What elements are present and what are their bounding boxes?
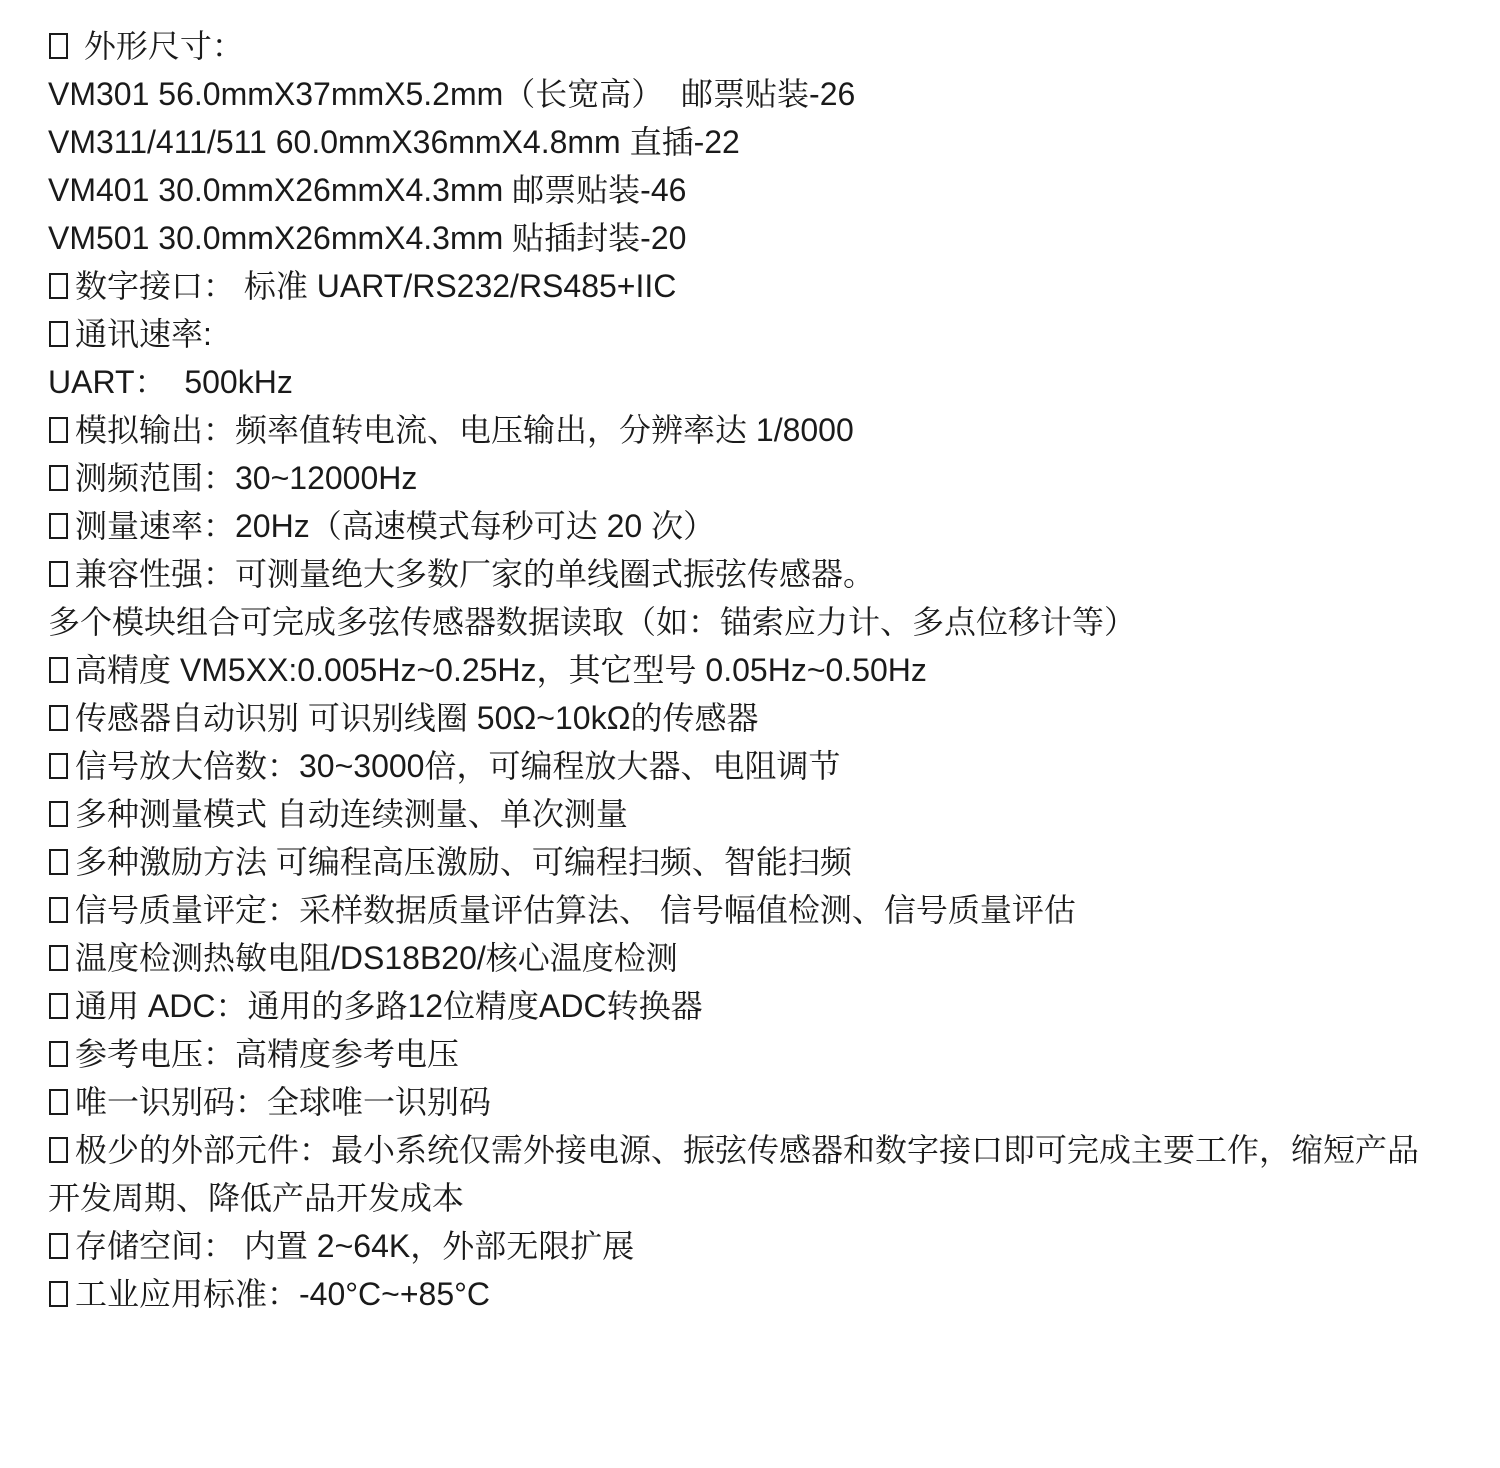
spec-line: 唯一识别码：全球唯一识别码	[48, 1078, 1472, 1126]
spec-line-text: 工业应用标准：-40°C~+85°C	[75, 1276, 490, 1312]
spec-line-text: 开发周期、降低产品开发成本	[48, 1180, 464, 1216]
spec-line: 存储空间： 内置 2~64K，外部无限扩展	[48, 1222, 1472, 1270]
spec-line-text: VM501 30.0mmX26mmX4.3mm 贴插封装-20	[48, 220, 686, 256]
spec-line-text: 数字接口： 标准 UART/RS232/RS485+IIC	[75, 268, 676, 304]
spec-line-text: 兼容性强：可测量绝大多数厂家的单线圈式振弦传感器。	[75, 556, 875, 592]
checkbox-icon	[49, 753, 68, 779]
checkbox-icon	[49, 561, 68, 587]
spec-line-text: 外形尺寸：	[75, 28, 244, 64]
spec-line: 信号质量评定：采样数据质量评估算法、 信号幅值检测、信号质量评估	[48, 886, 1472, 934]
spec-line-text: 测量速率：20Hz（高速模式每秒可达 20 次）	[75, 508, 715, 544]
checkbox-icon	[49, 849, 68, 875]
spec-line: 多种激励方法 可编程高压激励、可编程扫频、智能扫频	[48, 838, 1472, 886]
spec-line: 信号放大倍数：30~3000倍，可编程放大器、电阻调节	[48, 742, 1472, 790]
checkbox-icon	[49, 1233, 68, 1259]
checkbox-icon	[49, 33, 68, 59]
spec-line-text: 极少的外部元件：最小系统仅需外接电源、振弦传感器和数字接口即可完成主要工作，缩短…	[75, 1132, 1419, 1168]
checkbox-icon	[49, 513, 68, 539]
spec-line: 多种测量模式 自动连续测量、单次测量	[48, 790, 1472, 838]
spec-line: 模拟输出：频率值转电流、电压输出，分辨率达 1/8000	[48, 406, 1472, 454]
spec-line-text: 多种测量模式 自动连续测量、单次测量	[75, 796, 628, 832]
spec-line: 通讯速率:	[48, 310, 1472, 358]
spec-line: 外形尺寸：	[48, 22, 1472, 70]
spec-line-text: 参考电压：高精度参考电压	[75, 1036, 459, 1072]
spec-line-text: UART： 500kHz	[48, 364, 293, 400]
spec-line: 数字接口： 标准 UART/RS232/RS485+IIC	[48, 262, 1472, 310]
spec-line-text: 高精度 VM5XX:0.005Hz~0.25Hz，其它型号 0.05Hz~0.5…	[75, 652, 927, 688]
spec-line-text: 模拟输出：频率值转电流、电压输出，分辨率达 1/8000	[75, 412, 854, 448]
checkbox-icon	[49, 273, 68, 299]
spec-line: 测频范围：30~12000Hz	[48, 454, 1472, 502]
checkbox-icon	[49, 1041, 68, 1067]
spec-line: 多个模块组合可完成多弦传感器数据读取（如：锚索应力计、多点位移计等）	[48, 598, 1472, 646]
spec-line: VM401 30.0mmX26mmX4.3mm 邮票贴装-46	[48, 166, 1472, 214]
checkbox-icon	[49, 705, 68, 731]
spec-line-text: VM301 56.0mmX37mmX5.2mm（长宽高） 邮票贴装-26	[48, 76, 855, 112]
spec-line: VM301 56.0mmX37mmX5.2mm（长宽高） 邮票贴装-26	[48, 70, 1472, 118]
spec-line-text: VM311/411/511 60.0mmX36mmX4.8mm 直插-22	[48, 124, 740, 160]
checkbox-icon	[49, 801, 68, 827]
spec-line: 开发周期、降低产品开发成本	[48, 1174, 1472, 1222]
spec-line: VM501 30.0mmX26mmX4.3mm 贴插封装-20	[48, 214, 1472, 262]
spec-line-text: 唯一识别码：全球唯一识别码	[75, 1084, 491, 1120]
spec-line-text: 通讯速率:	[75, 316, 212, 352]
spec-line-text: 多个模块组合可完成多弦传感器数据读取（如：锚索应力计、多点位移计等）	[48, 604, 1136, 640]
checkbox-icon	[49, 945, 68, 971]
spec-line-text: 多种激励方法 可编程高压激励、可编程扫频、智能扫频	[75, 844, 852, 880]
spec-line: 高精度 VM5XX:0.005Hz~0.25Hz，其它型号 0.05Hz~0.5…	[48, 646, 1472, 694]
spec-line: UART： 500kHz	[48, 358, 1472, 406]
spec-line: 兼容性强：可测量绝大多数厂家的单线圈式振弦传感器。	[48, 550, 1472, 598]
spec-line-text: 通用 ADC：通用的多路12位精度ADC转换器	[75, 988, 703, 1024]
spec-line: VM311/411/511 60.0mmX36mmX4.8mm 直插-22	[48, 118, 1472, 166]
spec-line-text: 传感器自动识别 可识别线圈 50Ω~10kΩ的传感器	[75, 700, 759, 736]
spec-line-text: VM401 30.0mmX26mmX4.3mm 邮票贴装-46	[48, 172, 686, 208]
spec-line-text: 信号放大倍数：30~3000倍，可编程放大器、电阻调节	[75, 748, 840, 784]
spec-line-text: 测频范围：30~12000Hz	[75, 460, 417, 496]
checkbox-icon	[49, 417, 68, 443]
checkbox-icon	[49, 993, 68, 1019]
spec-line: 工业应用标准：-40°C~+85°C	[48, 1270, 1472, 1318]
document-page: 外形尺寸：VM301 56.0mmX37mmX5.2mm（长宽高） 邮票贴装-2…	[0, 0, 1500, 1468]
checkbox-icon	[49, 1281, 68, 1307]
checkbox-icon	[49, 1089, 68, 1115]
spec-line-text: 信号质量评定：采样数据质量评估算法、 信号幅值检测、信号质量评估	[75, 892, 1076, 928]
spec-line: 测量速率：20Hz（高速模式每秒可达 20 次）	[48, 502, 1472, 550]
spec-list: 外形尺寸：VM301 56.0mmX37mmX5.2mm（长宽高） 邮票贴装-2…	[48, 22, 1472, 1318]
spec-line: 温度检测热敏电阻/DS18B20/核心温度检测	[48, 934, 1472, 982]
checkbox-icon	[49, 1137, 68, 1163]
spec-line: 通用 ADC：通用的多路12位精度ADC转换器	[48, 982, 1472, 1030]
checkbox-icon	[49, 897, 68, 923]
checkbox-icon	[49, 321, 68, 347]
spec-line: 参考电压：高精度参考电压	[48, 1030, 1472, 1078]
checkbox-icon	[49, 465, 68, 491]
spec-line-text: 温度检测热敏电阻/DS18B20/核心温度检测	[75, 940, 678, 976]
spec-line: 传感器自动识别 可识别线圈 50Ω~10kΩ的传感器	[48, 694, 1472, 742]
spec-line: 极少的外部元件：最小系统仅需外接电源、振弦传感器和数字接口即可完成主要工作，缩短…	[48, 1126, 1472, 1174]
checkbox-icon	[49, 657, 68, 683]
spec-line-text: 存储空间： 内置 2~64K，外部无限扩展	[75, 1228, 634, 1264]
